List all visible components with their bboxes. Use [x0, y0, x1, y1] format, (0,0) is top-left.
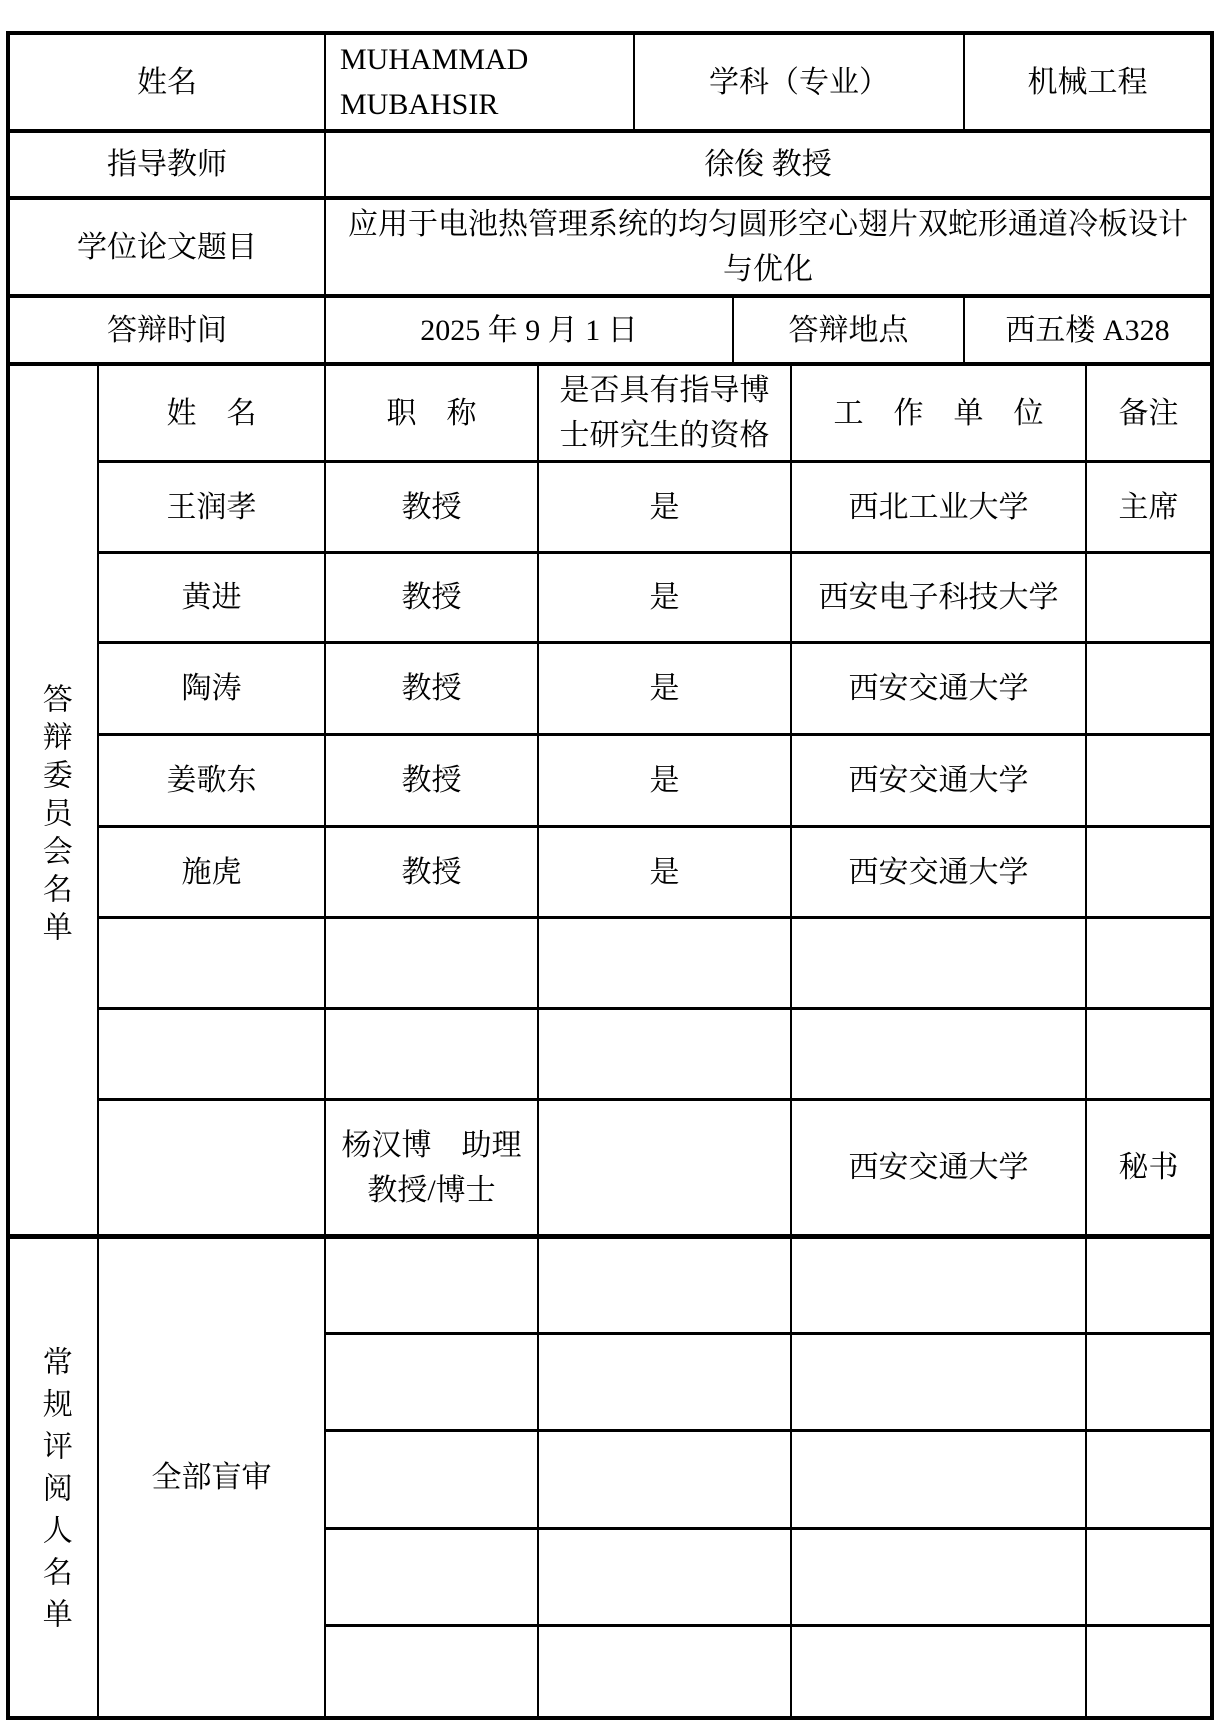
reviewers-section-label-cell: 常规评阅人名单	[8, 1237, 98, 1718]
reviewer-org	[791, 1237, 1086, 1334]
reviewer-note	[1086, 1529, 1212, 1626]
major-label: 学科（专业）	[634, 33, 964, 131]
reviewer-org	[791, 1334, 1086, 1431]
reviewer-name	[325, 1626, 538, 1718]
reviewer-name	[325, 1431, 538, 1529]
reviewer-row: 常规评阅人名单 全部盲审	[8, 1237, 1212, 1334]
member-org	[791, 918, 1086, 1009]
committee-header-qualified: 是否具有指导博 士研究生的资格	[538, 364, 791, 462]
committee-row: 姜歌东 教授 是 西安交通大学	[8, 735, 1212, 827]
major-value: 机械工程	[964, 33, 1212, 131]
member-name: 王润孝	[98, 462, 325, 553]
committee-row: 陶涛 教授 是 西安交通大学	[8, 643, 1212, 735]
reviewers-mode: 全部盲审	[98, 1237, 325, 1718]
name-label: 姓名	[8, 33, 325, 131]
member-name	[98, 918, 325, 1009]
reviewer-name	[325, 1334, 538, 1431]
member-title: 教授	[325, 553, 538, 643]
member-qualified: 是	[538, 553, 791, 643]
place-value: 西五楼 A328	[964, 296, 1212, 364]
reviewer-note	[1086, 1431, 1212, 1529]
committee-header-org: 工 作 单 位	[791, 364, 1086, 462]
member-title: 杨汉博 助理 教授/博士	[325, 1100, 538, 1237]
place-label: 答辩地点	[733, 296, 964, 364]
advisor-label: 指导教师	[8, 131, 325, 198]
defense-form-table: 姓名 MUHAMMAD MUBAHSIR 学科（专业） 机械工程 指导教师 徐俊…	[6, 31, 1214, 1720]
member-qualified: 是	[538, 643, 791, 735]
reviewer-name	[325, 1237, 538, 1334]
member-name	[98, 1009, 325, 1100]
member-note	[1086, 918, 1212, 1009]
thesis-value: 应用于电池热管理系统的均匀圆形空心翅片双蛇形通道冷板设计 与优化	[325, 198, 1212, 296]
reviewer-title	[538, 1237, 791, 1334]
reviewer-org	[791, 1529, 1086, 1626]
committee-row-empty	[8, 1009, 1212, 1100]
member-name: 陶涛	[98, 643, 325, 735]
committee-row-secretary: 杨汉博 助理 教授/博士 西安交通大学 秘书	[8, 1100, 1212, 1237]
member-name: 施虎	[98, 827, 325, 918]
member-name: 黄进	[98, 553, 325, 643]
committee-header-name: 姓 名	[98, 364, 325, 462]
reviewer-org	[791, 1431, 1086, 1529]
defense-form-page: 姓名 MUHAMMAD MUBAHSIR 学科（专业） 机械工程 指导教师 徐俊…	[0, 0, 1216, 1708]
advisor-value: 徐俊 教授	[325, 131, 1212, 198]
reviewer-name	[325, 1529, 538, 1626]
member-title	[325, 918, 538, 1009]
member-note	[1086, 553, 1212, 643]
committee-header-note: 备注	[1086, 364, 1212, 462]
committee-row-empty	[8, 918, 1212, 1009]
member-org: 西北工业大学	[791, 462, 1086, 553]
member-note	[1086, 643, 1212, 735]
committee-row: 施虎 教授 是 西安交通大学	[8, 827, 1212, 918]
member-org: 西安交通大学	[791, 1100, 1086, 1237]
member-org: 西安电子科技大学	[791, 553, 1086, 643]
member-note	[1086, 735, 1212, 827]
member-qualified: 是	[538, 462, 791, 553]
committee-section-label-cell: 答辩委员会名单	[8, 364, 98, 1237]
reviewer-note	[1086, 1626, 1212, 1718]
reviewer-title	[538, 1529, 791, 1626]
member-qualified: 是	[538, 735, 791, 827]
member-note: 主席	[1086, 462, 1212, 553]
reviewer-title	[538, 1431, 791, 1529]
member-title: 教授	[325, 735, 538, 827]
reviewer-note	[1086, 1334, 1212, 1431]
member-org: 西安交通大学	[791, 643, 1086, 735]
member-note: 秘书	[1086, 1100, 1212, 1237]
member-org: 西安交通大学	[791, 827, 1086, 918]
member-title: 教授	[325, 643, 538, 735]
member-org	[791, 1009, 1086, 1100]
member-name	[98, 1100, 325, 1237]
time-label: 答辩时间	[8, 296, 325, 364]
name-value: MUHAMMAD MUBAHSIR	[325, 33, 634, 131]
member-qualified	[538, 1100, 791, 1237]
member-note	[1086, 1009, 1212, 1100]
table-row-advisor: 指导教师 徐俊 教授	[8, 131, 1212, 198]
committee-row: 黄进 教授 是 西安电子科技大学	[8, 553, 1212, 643]
table-row-name: 姓名 MUHAMMAD MUBAHSIR 学科（专业） 机械工程	[8, 33, 1212, 131]
member-title: 教授	[325, 827, 538, 918]
reviewer-note	[1086, 1237, 1212, 1334]
member-qualified	[538, 1009, 791, 1100]
member-org: 西安交通大学	[791, 735, 1086, 827]
member-title	[325, 1009, 538, 1100]
member-name: 姜歌东	[98, 735, 325, 827]
reviewers-section-label: 常规评阅人名单	[36, 1346, 71, 1640]
committee-section-label: 答辩委员会名单	[36, 683, 71, 949]
committee-header-row: 答辩委员会名单 姓 名 职 称 是否具有指导博 士研究生的资格 工 作 单 位 …	[8, 364, 1212, 462]
reviewer-title	[538, 1334, 791, 1431]
thesis-label: 学位论文题目	[8, 198, 325, 296]
reviewer-title	[538, 1626, 791, 1718]
member-title: 教授	[325, 462, 538, 553]
table-row-thesis: 学位论文题目 应用于电池热管理系统的均匀圆形空心翅片双蛇形通道冷板设计 与优化	[8, 198, 1212, 296]
member-qualified	[538, 918, 791, 1009]
time-value: 2025 年 9 月 1 日	[325, 296, 733, 364]
committee-header-title: 职 称	[325, 364, 538, 462]
reviewer-org	[791, 1626, 1086, 1718]
table-row-defense-time: 答辩时间 2025 年 9 月 1 日 答辩地点 西五楼 A328	[8, 296, 1212, 364]
member-qualified: 是	[538, 827, 791, 918]
committee-row: 王润孝 教授 是 西北工业大学 主席	[8, 462, 1212, 553]
member-note	[1086, 827, 1212, 918]
